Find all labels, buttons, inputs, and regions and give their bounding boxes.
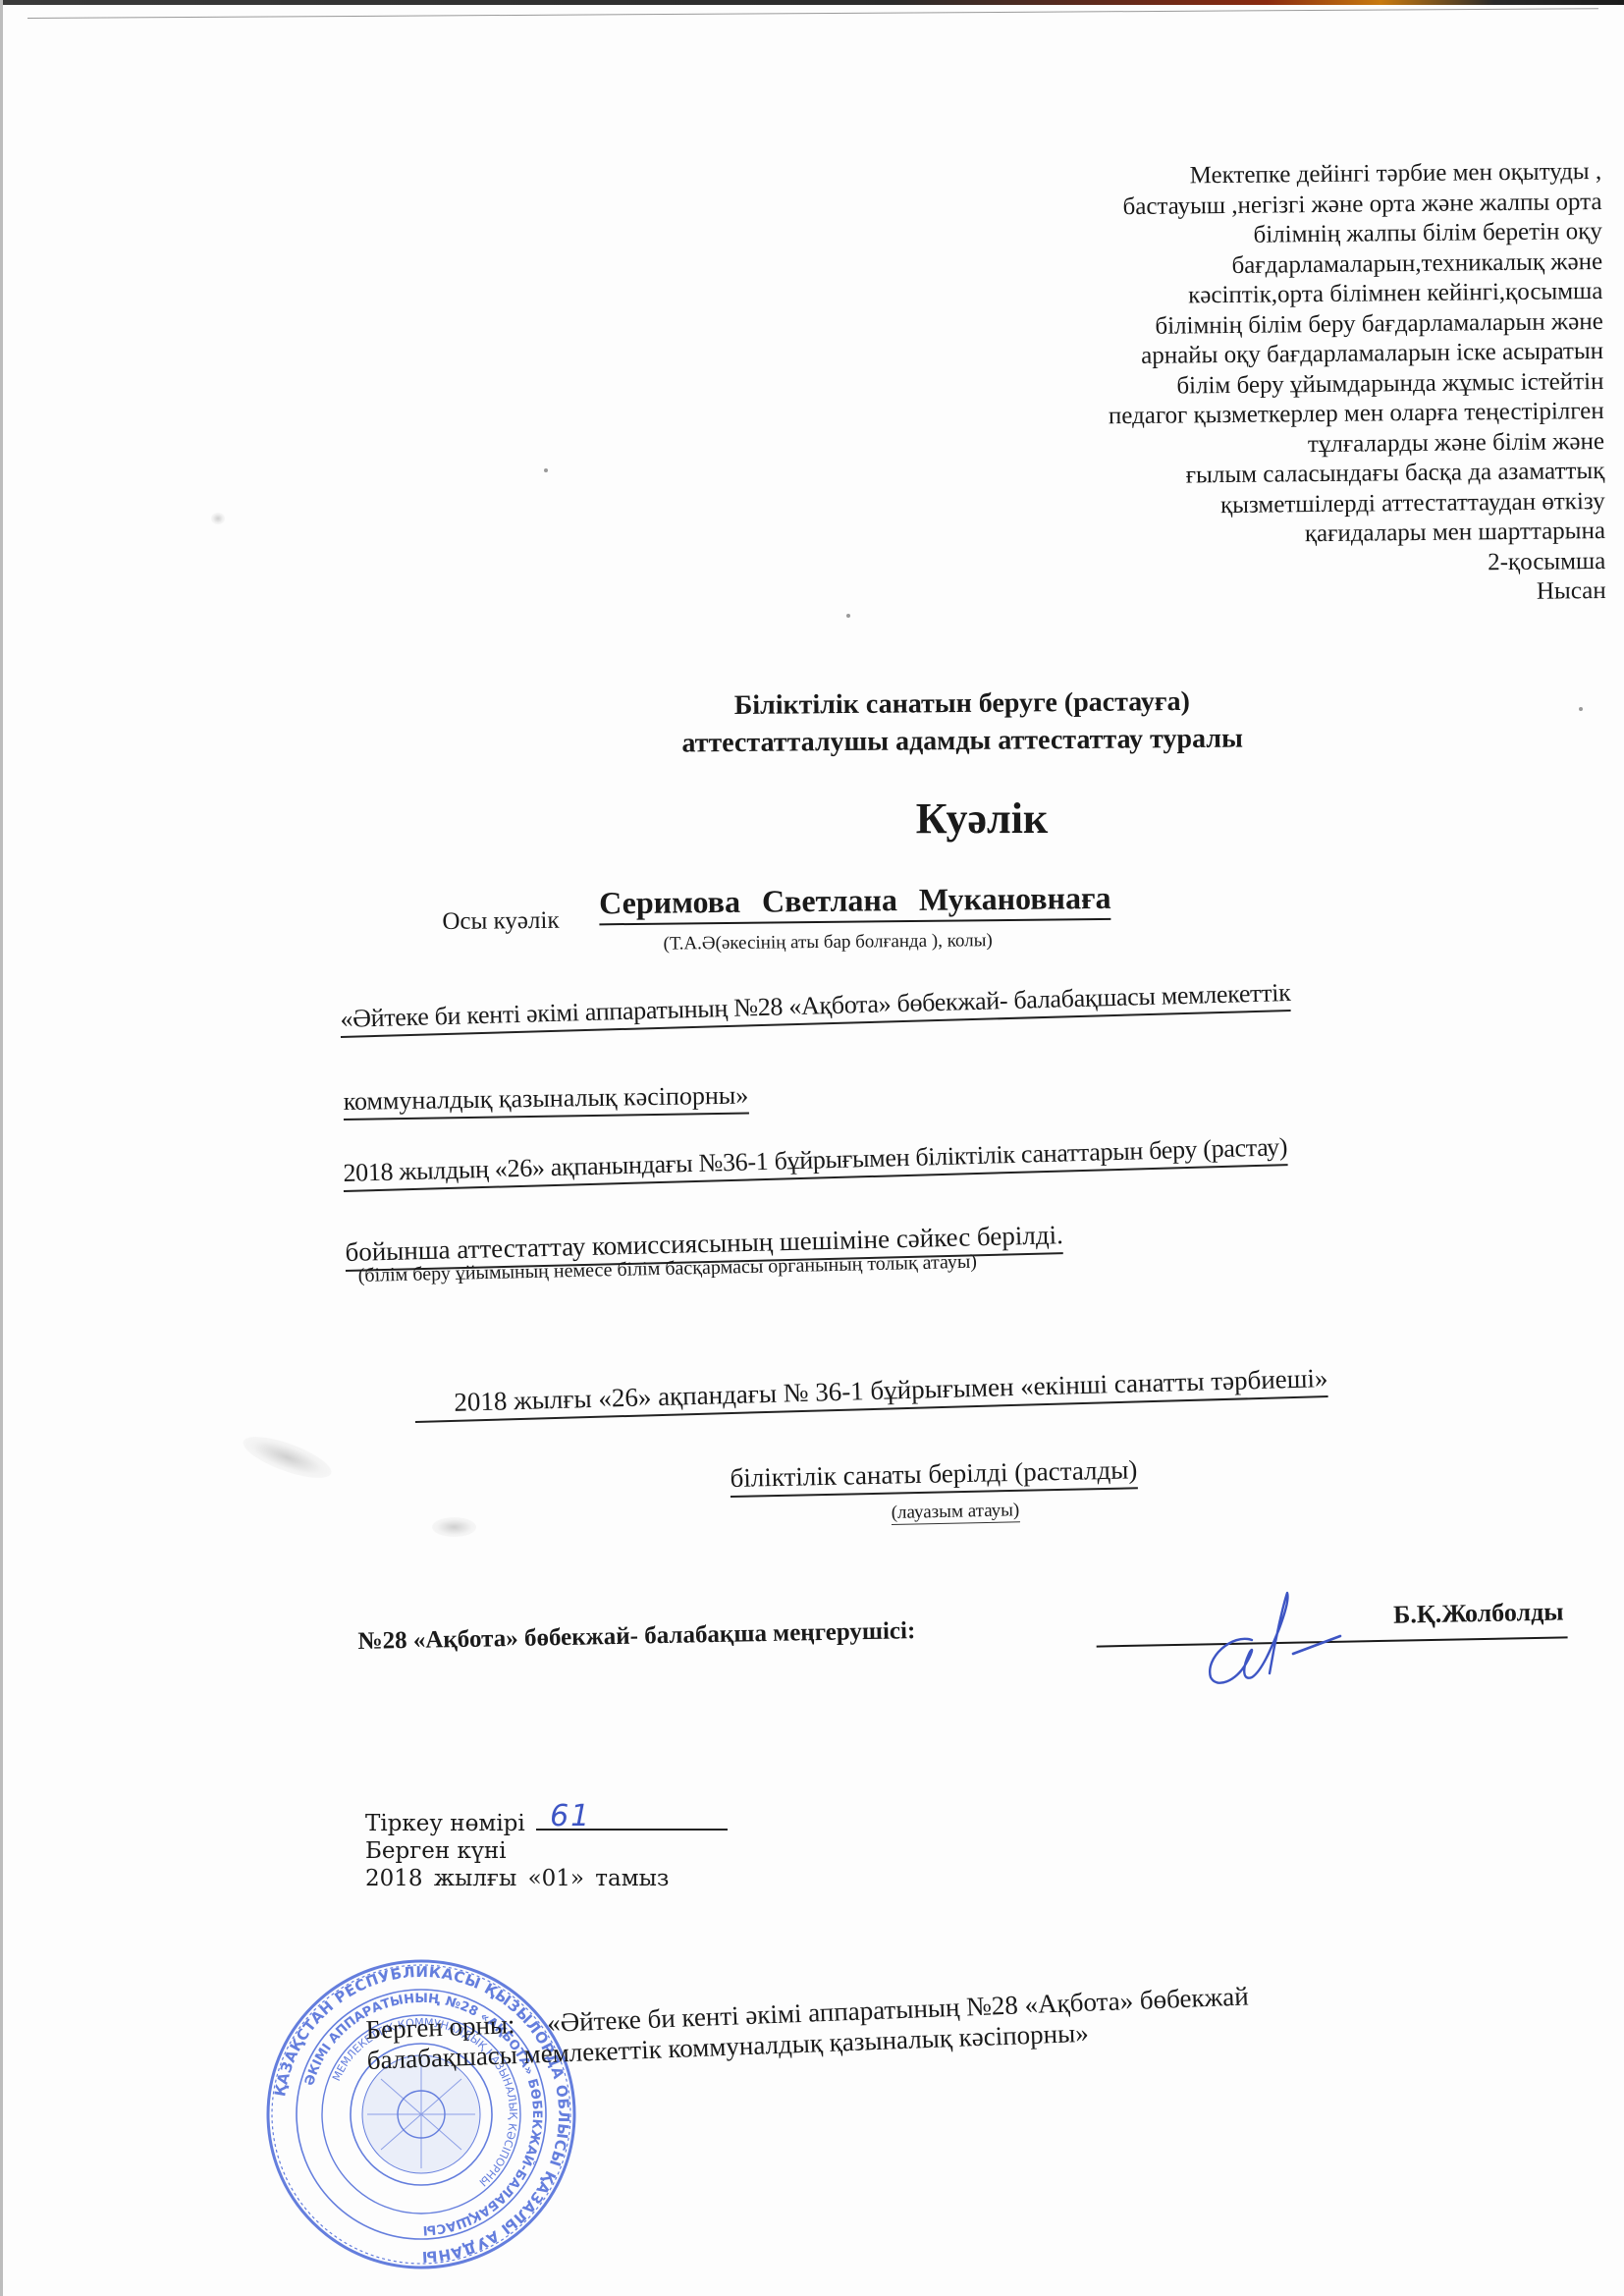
document-title: Куәлік — [884, 793, 1080, 844]
official-stamp-icon: ҚАЗАҚСТАН РЕСПУБЛИКАСЫ ҚЫЗЫЛОРДА ОБЛЫСЫ … — [263, 1956, 579, 2272]
document-heading: Біліктілік санатын беруге (растауға) атт… — [609, 683, 1317, 763]
header-line: Нысан — [860, 576, 1606, 614]
registration-block: Тіркеу нөмірі 61 Берген күні 2018 жылғы … — [365, 1805, 728, 1892]
director-title: №28 «Ақбота» бөбекжай- балабақша меңгеру… — [357, 1617, 915, 1656]
scan-top-edge — [0, 0, 1624, 5]
issued-place-label: Берген орны: — [365, 2009, 515, 2045]
position-hint: (лауазым атауы) — [892, 1500, 1020, 1525]
registration-number-field: 61 — [536, 1805, 728, 1831]
scan-dot — [544, 468, 548, 472]
heading-line-2: аттестатталушы адамды аттестаттау туралы — [609, 720, 1316, 763]
director-row: №28 «Ақбота» бөбекжай- балабақша меңгеру… — [357, 1586, 1615, 1669]
director-name: Б.Қ.Жолболды — [1393, 1597, 1564, 1629]
heading-line-1: Біліктілік санатын беруге (растауға) — [609, 683, 1316, 726]
scan-left-edge — [0, 0, 3, 2296]
issue-date-label: Берген күні — [365, 1837, 728, 1865]
registration-number-label: Тіркеу нөмірі — [365, 1811, 525, 1836]
scan-dot — [1579, 707, 1583, 711]
recipient-prefix: Осы куәлік — [442, 907, 559, 936]
scan-top-line — [27, 8, 1598, 19]
category-line-1: 2018 жылғы «26» ақпандағы № 36-1 бұйрығы… — [414, 1363, 1328, 1423]
header-legal-reference: Мектепке дейінгі тәрбие мен оқытуды , ба… — [855, 157, 1606, 614]
registration-number-value: 61 — [550, 1803, 591, 1831]
category-line-2: біліктілік санаты берілді (расталды) — [730, 1454, 1137, 1498]
issue-date-value: 2018 жылғы «01» тамыз — [365, 1865, 728, 1892]
scan-smudge — [211, 513, 225, 524]
scan-smudge — [239, 1429, 336, 1487]
order-line-1: 2018 жылдың «26» ақпанындағы №36-1 бұйры… — [343, 1132, 1288, 1192]
signature-icon — [1193, 1579, 1370, 1687]
organization-line-1: «Әйтеке би кенті әкімі аппаратының №28 «… — [340, 978, 1291, 1038]
recipient-row: Осы куәлік Серимова Светлана Мукановнаға… — [442, 878, 1307, 956]
scan-smudge — [432, 1517, 476, 1537]
organization-line-2: коммуналдық қазыналық кәсіпорны» — [343, 1081, 748, 1121]
scan-dot — [846, 614, 850, 618]
recipient-full-name: Серимова Светлана Мукановнаға — [599, 880, 1111, 925]
recipient-hint: (Т.А.Ә(әкесінің аты бар болғанда ), колы… — [664, 930, 993, 956]
registration-number-row: Тіркеу нөмірі 61 — [365, 1805, 728, 1837]
